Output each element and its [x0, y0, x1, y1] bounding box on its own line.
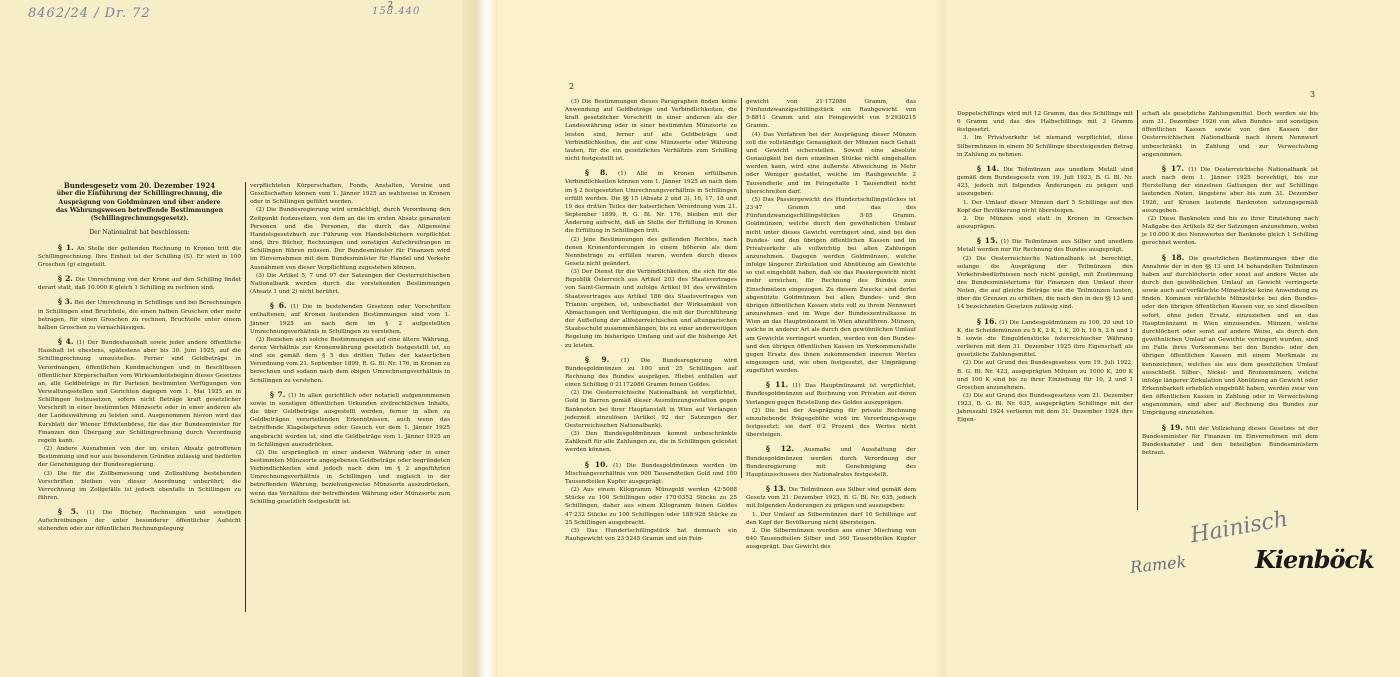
paragraph-10-5: (5) Das Passiergewicht des Hundertschill…: [746, 196, 916, 375]
law-title: Bundesgesetz vom 20. Dezember 1924 über …: [38, 182, 241, 223]
two-column-text: (3) Die Bestimmungen dieses Paragraphen …: [565, 98, 917, 551]
paragraph-8: § 8. (1) Alle in Kronen erfüllbaren Verb…: [565, 169, 737, 235]
paragraph-6-2: (2) Beziehen sich solche Bestimmungen au…: [250, 336, 450, 385]
paragraph-5-2: (2) Die Bundesregierung wird ermächtigt,…: [250, 206, 450, 271]
section-number: § 4.: [58, 337, 74, 346]
section-number: § 9.: [585, 355, 609, 364]
paragraph-7-2: (2) Die ursprünglich in einer anderen Wä…: [250, 449, 450, 506]
column-right: schaft als gesetzliche Zahlungsmittel. D…: [1142, 110, 1318, 510]
section-number: § 2.: [58, 274, 73, 283]
paragraph-19: § 19. Mit der Vollziehung dieses Gesetze…: [1142, 424, 1318, 458]
section-number: § 7.: [270, 390, 285, 399]
section-number: § 10.: [585, 460, 608, 469]
two-column-text: Bundesgesetz vom 20. Dezember 1924 über …: [38, 182, 450, 612]
paragraph-10-2: (2) Aus einem Kilogramm Münzgold werden …: [565, 486, 737, 527]
signature: Kienböck: [1255, 545, 1374, 574]
paragraph-10-3: (3) Das Hundertschillingstück hat demnac…: [565, 527, 737, 543]
column-divider: [245, 182, 246, 612]
section-number: § 17.: [1162, 164, 1184, 173]
paragraph-5-cont: verpflichteten Körperschaften, Fonds, An…: [250, 182, 450, 206]
page-2: 2 (3) Die Bestimmungen dieses Paragraphe…: [497, 0, 947, 677]
paragraph-13-2: 2. Die Silbermünzen werden aus einer Mis…: [746, 527, 916, 551]
page-gutter: [462, 0, 497, 677]
handwritten-reference-left: 8462/24 / Dr. 72: [28, 6, 151, 21]
column-right: verpflichteten Körperschaften, Fonds, An…: [250, 182, 450, 612]
paragraph-9-2: (2) Die Oesterreichische Nationalbank is…: [565, 389, 737, 430]
two-column-text: Doppelschillings wird mit 12 Gramm, das …: [957, 110, 1319, 510]
paragraph-5: § 5. (1) Die Bücher, Rechnungen und sons…: [38, 508, 241, 533]
paragraph-13: § 13. Die Teilmünzen aus Silber sind gem…: [746, 485, 916, 510]
paragraph-16-3: (3) Die auf Grund des Bundesgesetzes vom…: [957, 392, 1133, 425]
paragraph-8-3: (3) Der Dienst für die Verbindlichkeiten…: [565, 268, 737, 350]
title-line: über die Einführung der Schillingrechnun…: [38, 190, 241, 198]
title-line: (Schillingrechnungsgesetz).: [38, 215, 241, 223]
column-divider: [741, 98, 742, 478]
enactment-clause: Der Nationalrat hat beschlossen:: [38, 229, 241, 237]
page-number: 2: [388, 0, 393, 9]
paragraph-10-4: (4) Das Verfahren bei der Ausprägung die…: [746, 131, 916, 196]
paragraph-16-cont: schaft als gesetzliche Zahlungsmittel. D…: [1142, 110, 1318, 159]
paragraph-10: § 10. (1) Die Bundesgoldmünzen werden im…: [565, 461, 737, 486]
paragraph-15: § 15. (1) Die Teilmünzen aus Silber und …: [957, 237, 1133, 254]
paragraph-4-2: (2) Andere Ausnahmen von der im ersten A…: [38, 445, 241, 469]
section-number: § 18.: [1162, 253, 1184, 262]
paragraph-14: § 14. Die Teilmünzen aus unedlem Metall …: [957, 165, 1133, 199]
paragraph-17-2: (2) Diese Banknoten sind bis zu ihrer Ei…: [1142, 215, 1318, 248]
column-right: gewicht von 21·172086 Gramm, das Fünfund…: [746, 98, 916, 551]
section-number: § 3.: [58, 297, 73, 306]
paragraph-9: § 9. (1) Die Bundesregierung wird Bundes…: [565, 356, 737, 390]
signature: Ramek: [1129, 552, 1187, 577]
section-number: § 14.: [977, 164, 999, 173]
paragraph-text: Die gesetzlichen Bestimmungen über die A…: [1142, 256, 1318, 417]
section-number: § 13.: [766, 484, 786, 493]
section-number: § 5.: [58, 507, 79, 516]
paragraph-5-3: (3) Die Artikel 5, 7 und 97 der Satzunge…: [250, 272, 450, 296]
paragraph-7: § 7. (1) In allen gerichtlich oder notar…: [250, 391, 450, 449]
paragraph-2: § 2. Die Umrechnung von der Krone auf de…: [38, 275, 241, 292]
handwritten-reference-right: 158.440: [372, 6, 420, 17]
signature-block: Ramek Hainisch Kienböck: [1130, 515, 1370, 595]
paragraph-3: § 3. Bei der Umrechnung in Schillinge un…: [38, 298, 241, 332]
paragraph-6: § 6. (1) Die in bestehenden Gesetzen ode…: [250, 302, 450, 336]
column-left: Bundesgesetz vom 20. Dezember 1924 über …: [38, 182, 241, 612]
paragraph-text: (1) In allen gerichtlich oder notariell …: [250, 393, 450, 448]
paragraph-4-3: (3) Die für die Zollbemessung und Zollza…: [38, 470, 241, 503]
page-number: 3: [1310, 90, 1315, 99]
paragraph-11: § 11. (1) Das Hauptmünzamt ist verpflich…: [746, 381, 916, 406]
page-1: 8462/24 / Dr. 72 158.440 2 Bundesgesetz …: [0, 0, 462, 677]
section-number: § 8.: [585, 168, 608, 177]
title-line: Bundesgesetz vom 20. Dezember 1924: [38, 182, 241, 190]
paragraph-9-3: (3) Den Bundesgoldmünzen kommt unbeschrä…: [565, 430, 737, 454]
paragraph-12: § 12. Ausmaße und Ausstattung der Bundes…: [746, 445, 916, 479]
column-divider: [1137, 110, 1138, 510]
paragraph-17: § 17. (1) Die Oesterreichische Nationalb…: [1142, 165, 1318, 215]
section-number: § 12.: [766, 444, 794, 453]
paragraph-16-2: (2) Die auf Grund des Bundesgesetzes vom…: [957, 359, 1133, 392]
title-line: das Währungswesen betreffende Bestimmung…: [38, 207, 241, 215]
paragraph-16: § 16. (1) Die Landesgoldmünzen zu 100, 2…: [957, 318, 1133, 360]
section-number: § 6.: [270, 301, 287, 310]
paragraph-8-2: (2) Jene Bestimmungen des geltenden Rech…: [565, 236, 737, 269]
section-number: § 11.: [766, 380, 788, 389]
page-number: 2: [569, 82, 574, 91]
paragraph-10-cont: gewicht von 21·172086 Gramm, das Fünfund…: [746, 98, 916, 131]
paragraph-18: § 18. Die gesetzlichen Bestimmungen über…: [1142, 254, 1318, 418]
paragraph-13-1: 1. Der Umlauf an Silbermünzen darf 10 Sc…: [746, 511, 916, 527]
column-left: (3) Die Bestimmungen dieses Paragraphen …: [565, 98, 737, 551]
paragraph-1: § 1. An Stelle der geltenden Rechnung in…: [38, 244, 241, 269]
paragraph-14-1: 1. Der Umlauf dieser Münzen darf 5 Schil…: [957, 199, 1133, 215]
paragraph-text: (1) Alle in Kronen erfüllbaren Verbindli…: [565, 171, 737, 234]
section-number: § 1.: [58, 243, 74, 252]
column-left: Doppelschillings wird mit 12 Gramm, das …: [957, 110, 1133, 510]
paragraph-13-3: 3. Im Privatverkehr ist niemand verpflic…: [957, 134, 1133, 158]
paragraph-11-2: (2) Die bei der Ausprägung für private R…: [746, 407, 916, 440]
paragraph-4: § 4. (1) Der Bundeshaushalt sowie jeder …: [38, 338, 241, 445]
title-line: Ausprägung von Goldmünzen und über ander…: [38, 199, 241, 207]
paragraph-15-2: (2) Die Oesterreichische Nationalbank is…: [957, 255, 1133, 312]
paragraph-7-3: (3) Die Bestimmungen dieses Paragraphen …: [565, 98, 737, 163]
paragraph-text: (1) Der Bundeshaushalt sowie jeder ander…: [38, 340, 241, 444]
paragraph-14-2: 2. Die Münzen sind statt in Kronen in Gr…: [957, 215, 1133, 231]
section-number: § 19.: [1162, 423, 1183, 432]
paragraph-text: (1) Die Oesterreichische Nationalbank is…: [1142, 167, 1318, 214]
paragraph-13-cont: Doppelschillings wird mit 12 Gramm, das …: [957, 110, 1133, 134]
section-number: § 16.: [977, 317, 997, 326]
section-number: § 15.: [977, 236, 998, 245]
